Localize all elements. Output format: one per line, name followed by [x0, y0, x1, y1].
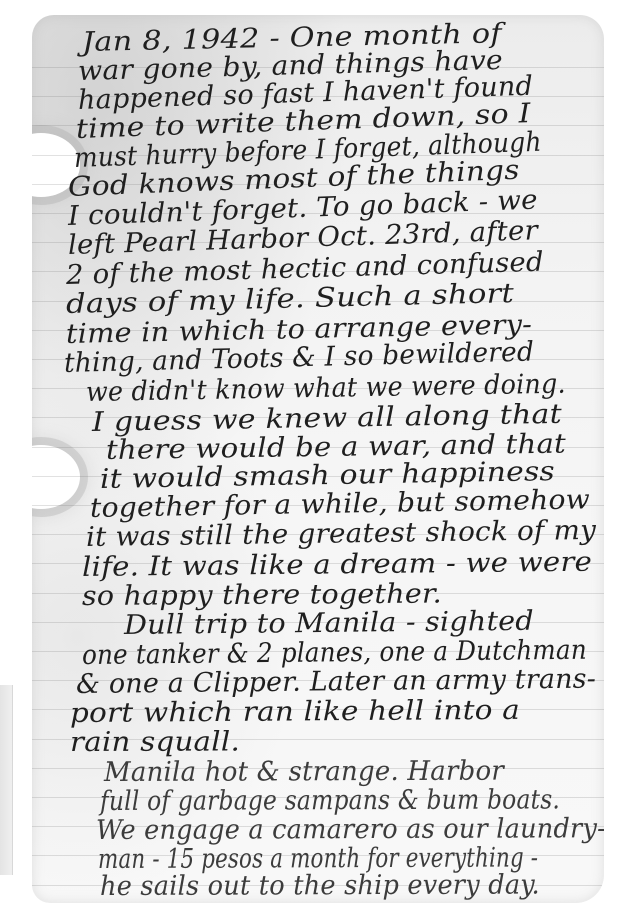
handwritten-line: port which ran like hell into a: [70, 695, 520, 729]
handwritten-line: We engage a camarero as our laundry-: [96, 813, 604, 846]
handwritten-line: he sails out to the ship every day.: [100, 869, 540, 902]
diary-page: Jan 8, 1942 - One month ofwar gone by, a…: [32, 15, 604, 903]
handwritten-line: rain squall.: [70, 726, 240, 758]
handwritten-line: full of garbage sampans & bum boats.: [100, 784, 560, 817]
binder-hole-middle: [32, 445, 80, 509]
adjacent-page-edge: [0, 685, 13, 875]
handwritten-line: Manila hot & strange. Harbor: [104, 756, 504, 788]
handwritten-line: life. It was like a dream - we were: [82, 547, 592, 583]
